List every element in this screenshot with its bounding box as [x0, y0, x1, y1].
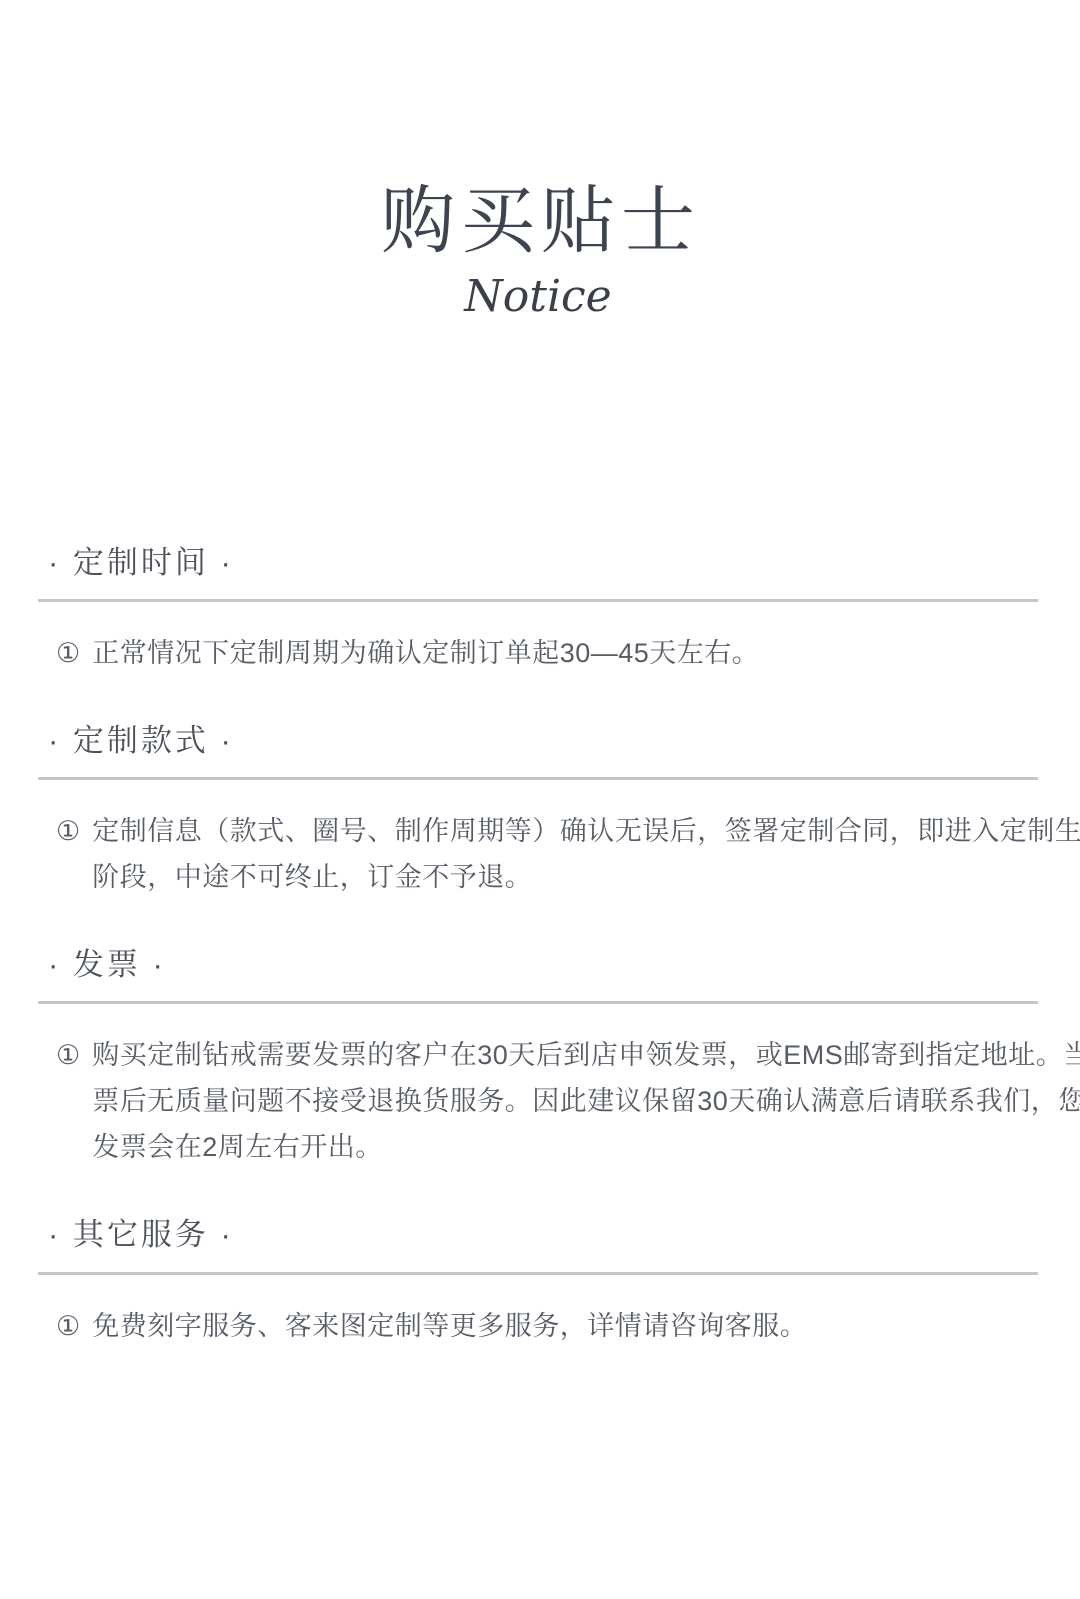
section-header: · 发票 · [38, 946, 1038, 983]
item-text: 正常情况下定制周期为确认定制订单起30—45天左右。 [92, 630, 759, 676]
section-invoice: · 发票 · ① 购买定制钻戒需要发票的客户在30天后到店申领发票，或EMS邮寄… [38, 946, 1038, 1170]
section-custom-style: · 定制款式 · ① 定制信息（款式、圈号、制作周期等）确认无误后，签署定制合同… [38, 722, 1038, 900]
notice-sections: · 定制时间 · ① 正常情况下定制周期为确认定制订单起30—45天左右。 · … [38, 544, 1038, 1349]
list-item: ① 定制信息（款式、圈号、制作周期等）确认无误后，签署定制合同，即进入定制生产 … [38, 808, 1038, 900]
page-title: 购买贴士 [38, 178, 1038, 263]
item-number-marker: ① [56, 630, 80, 676]
item-text: 购买定制钻戒需要发票的客户在30天后到店申领发票，或EMS邮寄到指定地址。当出 … [92, 1032, 1080, 1170]
page-header: 购买贴士 Notice [38, 0, 1038, 324]
item-text: 免费刻字服务、客来图定制等更多服务，详情请咨询客服。 [92, 1303, 807, 1349]
item-number-marker: ① [56, 1032, 80, 1078]
section-header: · 定制时间 · [38, 544, 1038, 581]
list-item: ① 免费刻字服务、客来图定制等更多服务，详情请咨询客服。 [38, 1303, 1038, 1349]
list-item: ① 购买定制钻戒需要发票的客户在30天后到店申领发票，或EMS邮寄到指定地址。当… [38, 1032, 1038, 1170]
page-subtitle: Notice [38, 271, 1038, 324]
section-custom-time: · 定制时间 · ① 正常情况下定制周期为确认定制订单起30—45天左右。 [38, 544, 1038, 676]
section-other-services: · 其它服务 · ① 免费刻字服务、客来图定制等更多服务，详情请咨询客服。 [38, 1216, 1038, 1348]
item-number-marker: ① [56, 808, 80, 854]
purchase-tips-page: 购买贴士 Notice · 定制时间 · ① 正常情况下定制周期为确认定制订单起… [0, 0, 1080, 1599]
section-divider [38, 1272, 1038, 1275]
section-divider [38, 1001, 1038, 1004]
section-header: · 定制款式 · [38, 722, 1038, 759]
section-divider [38, 599, 1038, 602]
item-number-marker: ① [56, 1303, 80, 1349]
list-item: ① 正常情况下定制周期为确认定制订单起30—45天左右。 [38, 630, 1038, 676]
section-divider [38, 777, 1038, 780]
item-text: 定制信息（款式、圈号、制作周期等）确认无误后，签署定制合同，即进入定制生产 阶段… [92, 808, 1080, 900]
section-header: · 其它服务 · [38, 1216, 1038, 1253]
